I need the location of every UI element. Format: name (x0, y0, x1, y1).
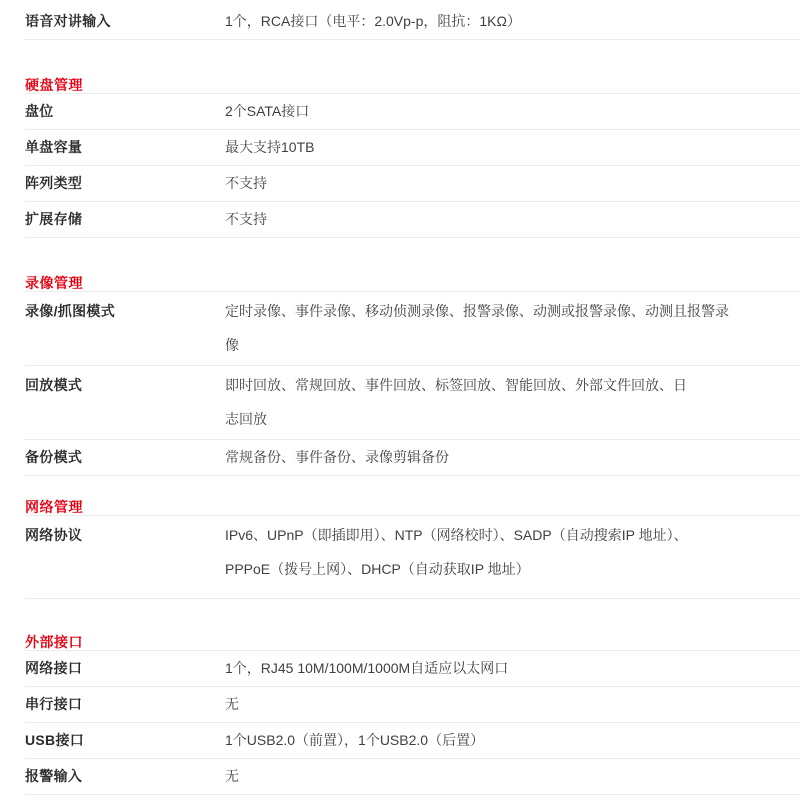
spec-value: 不支持 (225, 202, 800, 237)
spec-row-raid-type: 阵列类型 不支持 (25, 166, 800, 201)
spec-row-serial-interface: 串行接口 无 (25, 687, 800, 722)
spec-row-playback-mode: 回放模式 即时回放、常规回放、事件回放、标签回放、智能回放、外部文件回放、日 志… (25, 366, 800, 439)
spec-value: 2个SATA接口 (225, 94, 800, 129)
spec-value: 最大支持10TB (225, 130, 800, 165)
section-title-external-interface: 外部接口 (25, 635, 800, 650)
spec-label: 报警输入 (25, 759, 225, 794)
spec-row-usb-interface: USB接口 1个USB2.0（前置），1个USB2.0（后置） (25, 723, 800, 758)
row-divider (25, 598, 800, 599)
spec-value: 无 (225, 759, 800, 794)
spec-row-network-protocols: 网络协议 IPv6、UPnP（即插即用）、NTP（网络校时）、SADP（自动搜索… (25, 516, 800, 598)
row-divider (25, 237, 800, 238)
spec-label: 网络接口 (25, 651, 225, 686)
row-divider (25, 475, 800, 476)
spec-value: IPv6、UPnP（即插即用）、NTP（网络校时）、SADP（自动搜索IP 地址… (225, 518, 800, 586)
spec-value: 常规备份、事件备份、录像剪辑备份 (225, 440, 800, 475)
spec-value: 不支持 (225, 166, 800, 201)
spec-label: 录像/抓图模式 (25, 294, 225, 328)
spec-label: 回放模式 (25, 368, 225, 402)
spec-label: 备份模式 (25, 440, 225, 475)
spec-value: 1个USB2.0（前置），1个USB2.0（后置） (225, 723, 800, 758)
spec-row-alarm-input: 报警输入 无 (25, 759, 800, 794)
spec-row-network-interface: 网络接口 1个，RJ45 10M/100M/1000M自适应以太网口 (25, 651, 800, 686)
spec-value: 定时录像、事件录像、移动侦测录像、报警录像、动测或报警录像、动测且报警录 像 (225, 294, 800, 362)
spec-value: 1个，RCA接口（电平：2.0Vp-p，阻抗：1KΩ） (225, 4, 800, 39)
spec-row-extended-storage: 扩展存储 不支持 (25, 202, 800, 237)
section-title-network-management: 网络管理 (25, 500, 800, 515)
spec-label: 网络协议 (25, 518, 225, 552)
spec-label: 单盘容量 (25, 130, 225, 165)
spec-label: 串行接口 (25, 687, 225, 722)
spec-label: 阵列类型 (25, 166, 225, 201)
spec-value: 1个，RJ45 10M/100M/1000M自适应以太网口 (225, 651, 800, 686)
spec-label: 语音对讲输入 (25, 4, 225, 39)
spec-row-backup-mode: 备份模式 常规备份、事件备份、录像剪辑备份 (25, 440, 800, 475)
spec-label: 盘位 (25, 94, 225, 129)
spec-row-drive-bays: 盘位 2个SATA接口 (25, 94, 800, 129)
row-divider (25, 794, 800, 795)
row-divider (25, 39, 800, 40)
spec-label: 扩展存储 (25, 202, 225, 237)
spec-row-audio-intercom-input: 语音对讲输入 1个，RCA接口（电平：2.0Vp-p，阻抗：1KΩ） (25, 4, 800, 39)
spec-row-max-capacity: 单盘容量 最大支持10TB (25, 130, 800, 165)
spec-value: 即时回放、常规回放、事件回放、标签回放、智能回放、外部文件回放、日 志回放 (225, 368, 800, 436)
spec-table: 语音对讲输入 1个，RCA接口（电平：2.0Vp-p，阻抗：1KΩ） 硬盘管理 … (0, 0, 800, 795)
spec-value: 无 (225, 687, 800, 722)
spec-row-record-snapshot-mode: 录像/抓图模式 定时录像、事件录像、移动侦测录像、报警录像、动测或报警录像、动测… (25, 292, 800, 365)
section-title-hdd-management: 硬盘管理 (25, 78, 800, 93)
spec-label: USB接口 (25, 723, 225, 758)
section-title-record-management: 录像管理 (25, 276, 800, 291)
